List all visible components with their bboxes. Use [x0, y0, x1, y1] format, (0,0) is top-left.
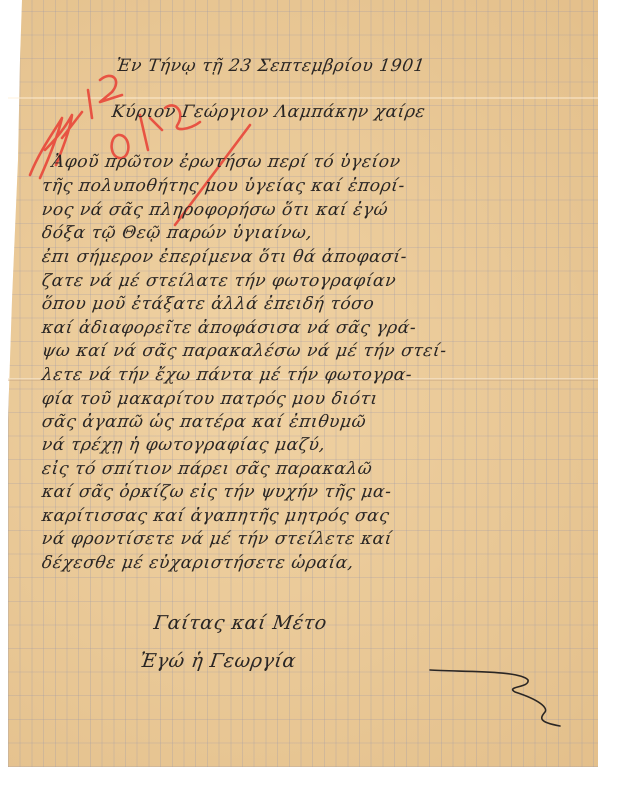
body-line: ὅπου μοῦ ἐτάξατε ἀλλά ἐπειδή τόσο — [41, 294, 376, 314]
salutation: Κύριον Γεώργιον Λαμπάκην χαίρε — [111, 102, 427, 122]
body-line: νά φροντίσετε νά μέ τήν στείλετε καί — [41, 529, 394, 549]
body-line: φία τοῦ μακαρίτου πατρός μου διότι — [41, 389, 380, 409]
body-line: ἐπι σήμερον ἐπερίμενα ὅτι θά ἀποφασί- — [41, 247, 409, 267]
body-line: ψω καί νά σᾶς παρακαλέσω νά μέ τήν στεί- — [41, 341, 449, 361]
body-line: καί σᾶς ὁρκίζω εἰς τήν ψυχήν τῆς μα- — [41, 482, 393, 502]
body-line: καρίτισσας καί ἀγαπητῆς μητρός σας — [41, 506, 391, 526]
body-line: καί ἀδιαφορεῖτε ἀποφάσισα νά σᾶς γρά- — [41, 318, 418, 338]
body-line: δέχεσθε μέ εὐχαριστήσετε ὡραία, — [41, 553, 356, 573]
body-line: Ἀφοῦ πρῶτον ἐρωτήσω περί τό ὑγείον — [51, 152, 402, 172]
body-line: δόξα τῷ Θεῷ παρών ὑγιαίνω, — [41, 223, 314, 243]
body-line: νά τρέχῃ ἡ φωτογραφίας μαζύ, — [41, 435, 327, 455]
body-line: σᾶς ἀγαπῶ ὡς πατέρα καί ἐπιθυμῶ — [41, 412, 368, 432]
body-line: νος νά σᾶς πληροφορήσω ὅτι καί ἐγώ — [41, 200, 390, 220]
body-line: τῆς πολυποθήτης μου ὑγείας καί ἐπορί- — [41, 176, 407, 196]
body-line: λετε νά τήν ἔχω πάντα μέ τήν φωτογρα- — [41, 365, 414, 385]
signature: Ἐγώ ἡ Γεωργία — [138, 650, 297, 672]
date-line: Ἐν Τήνῳ τῇ 23 Σεπτεμβρίου 1901 — [115, 56, 427, 76]
fold-crease-top — [8, 97, 598, 99]
closing-line: Γαίτας καί Μέτο — [152, 612, 328, 634]
body-line: εἰς τό σπίτιον πάρει σᾶς παρακαλῶ — [41, 459, 374, 479]
body-line: ζατε νά μέ στείλατε τήν φωτογραφίαν — [41, 271, 398, 291]
